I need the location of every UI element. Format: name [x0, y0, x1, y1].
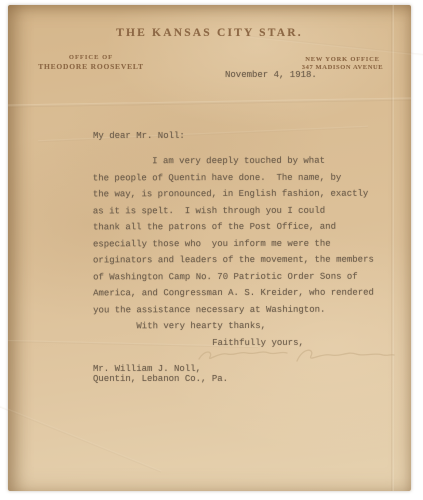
typed-line: of Washington Camp No. 70 Patriotic Orde… [93, 268, 374, 285]
typed-line: the people of Quentin have done. The nam… [93, 169, 374, 186]
typed-line: America, and Congressman A. S. Kreider, … [93, 285, 374, 302]
crease-line-diagonal-lower [0, 399, 161, 472]
letterhead-office-left: OFFICE OF THEODORE ROOSEVELT [26, 54, 156, 71]
scan-background: THE KANSAS CITY STAR. OFFICE OF THEODORE… [0, 0, 423, 500]
typed-line: I am very deeply touched by what [93, 153, 374, 170]
typed-line: originators and leaders of the movement,… [93, 252, 374, 269]
typed-line: Quentin, Lebanon Co., Pa. [93, 375, 228, 385]
typed-line: especially those who you inform me were … [93, 235, 374, 252]
office-left-line2: THEODORE ROOSEVELT [26, 62, 156, 71]
crease-line-vertical-right [391, 5, 394, 491]
office-left-line1: OFFICE OF [26, 54, 156, 61]
letterhead-title: THE KANSAS CITY STAR. [8, 27, 411, 39]
letter-paper: THE KANSAS CITY STAR. OFFICE OF THEODORE… [8, 5, 411, 491]
office-right-line1: NEW YORK OFFICE [280, 56, 405, 63]
letter-body: I am very deeply touched by whatthe peop… [93, 153, 374, 352]
crease-line-horizontal-top [8, 97, 411, 107]
typed-line: as it is spelt. I wish through you I cou… [93, 202, 374, 219]
recipient-address: Mr. William J. Noll,Quentin, Lebanon Co.… [93, 365, 228, 384]
typed-line: With very hearty thanks, [93, 318, 374, 335]
letterhead-office-right: NEW YORK OFFICE 347 MADISON AVENUE [280, 56, 405, 71]
typed-line: you the assistance necessary at Washingt… [93, 301, 374, 318]
typed-line: the way, is pronounced, in English fashi… [93, 186, 374, 203]
date-line: November 4, 1918. [225, 70, 317, 80]
salutation: My dear Mr. Noll: [93, 131, 185, 141]
crease-line-diagonal-upper [38, 126, 368, 142]
typed-line: thank all the patrons of the Post Office… [93, 219, 374, 236]
